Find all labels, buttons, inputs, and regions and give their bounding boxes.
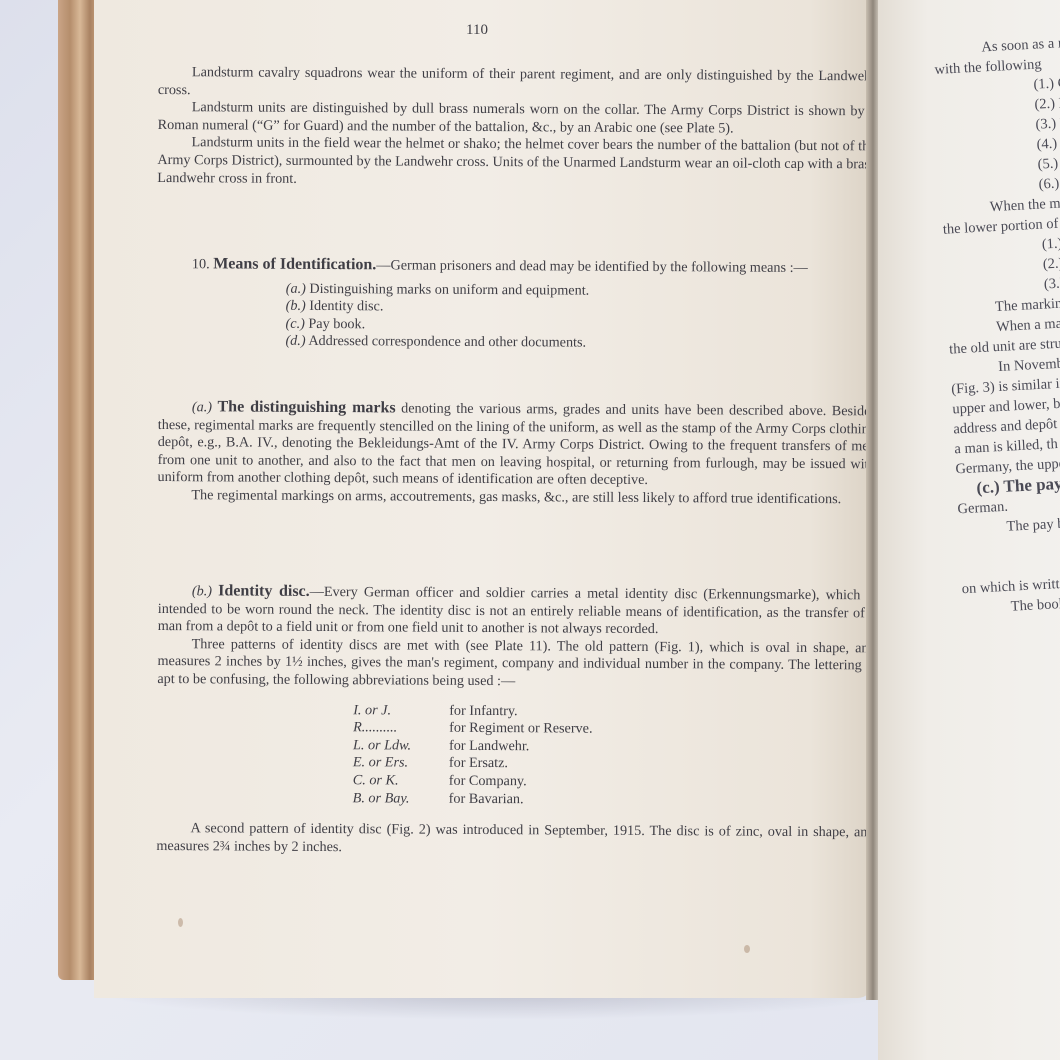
list-item: (d.) Addressed correspondence and other … — [285, 333, 875, 354]
section-b: (b.) Identity disc.—Every German officer… — [156, 582, 876, 860]
foxing-stain — [178, 918, 183, 927]
section-heading: The distinguishing marks — [217, 398, 395, 416]
section-heading: Identity disc. — [218, 582, 310, 600]
section-10: 10. Means of Identification.—German pris… — [157, 255, 876, 354]
page-number: 110 — [466, 22, 488, 39]
paragraph: Landsturm cavalry squadrons wear the uni… — [158, 64, 876, 104]
foxing-stain — [744, 945, 750, 953]
page-edges — [58, 0, 98, 980]
section-heading: Means of Identification. — [213, 255, 376, 273]
section-text: —German prisoners and dead may be identi… — [376, 257, 808, 276]
paragraph: Three patterns of identity discs are met… — [157, 636, 875, 693]
left-page: 110 Landsturm cavalry squadrons wear the… — [94, 0, 872, 998]
section-a: (a.) The distinguishing marks denoting t… — [157, 398, 876, 509]
right-page-text: As soon as a m with the following (1.) C… — [933, 26, 1060, 938]
section-number: 10. — [192, 256, 210, 272]
paragraph: A second pattern of identity disc (Fig. … — [156, 820, 874, 860]
list-item: (b.) Identity disc. — [286, 298, 876, 319]
abbreviation-table: I. or J.for Infantry. R..........for Reg… — [353, 702, 876, 811]
paragraph: Landsturm units in the field wear the he… — [157, 134, 875, 191]
abbreviation-row: B. or Bay.for Bavarian. — [353, 790, 875, 811]
right-page: As soon as a m with the following (1.) C… — [878, 0, 1060, 1060]
paragraph: The regimental markings on arms, accoutr… — [157, 487, 875, 509]
identification-means-list: (a.) Distinguishing marks on uniform and… — [285, 280, 875, 354]
landsturm-paragraphs: Landsturm cavalry squadrons wear the uni… — [157, 64, 876, 192]
paragraph: Landsturm units are distinguished by dul… — [158, 99, 876, 139]
